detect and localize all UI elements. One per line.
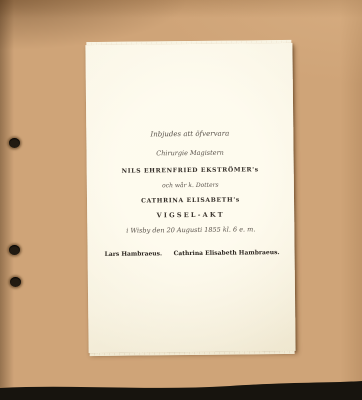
signature-row: Lars Hambraeus. Cathrina Elisabeth Hambr… [105, 249, 280, 258]
punch-hole-icon [9, 245, 20, 255]
scan-photo: Inbjudes att öfvervara Chirurgie Magiste… [0, 0, 362, 400]
groom-name-line: NILS EHRENFRIED EKSTRÖMER's [87, 166, 294, 175]
ceremony-title-line: VIGSEL-AKT [87, 210, 294, 220]
invitation-intro-line: Inbjudes att öfvervara [86, 129, 293, 139]
punch-hole-icon [9, 138, 20, 148]
bride-name-line: CATHRINA ELISABETH's [87, 196, 294, 205]
date-place-line: i Wisby den 20 Augusti 1855 kl. 6 e. m. [87, 225, 294, 235]
daughter-connector-line: och wår k. Dotters [87, 181, 294, 190]
signature-mother: Cathrina Elisabeth Hambraeus. [174, 249, 280, 257]
punch-hole-icon [10, 277, 21, 287]
signature-father: Lars Hambraeus. [105, 250, 163, 258]
invitation-card: Inbjudes att öfvervara Chirurgie Magiste… [85, 43, 295, 353]
groom-title-line: Chirurgie Magistern [86, 148, 293, 158]
black-backdrop [0, 378, 362, 400]
